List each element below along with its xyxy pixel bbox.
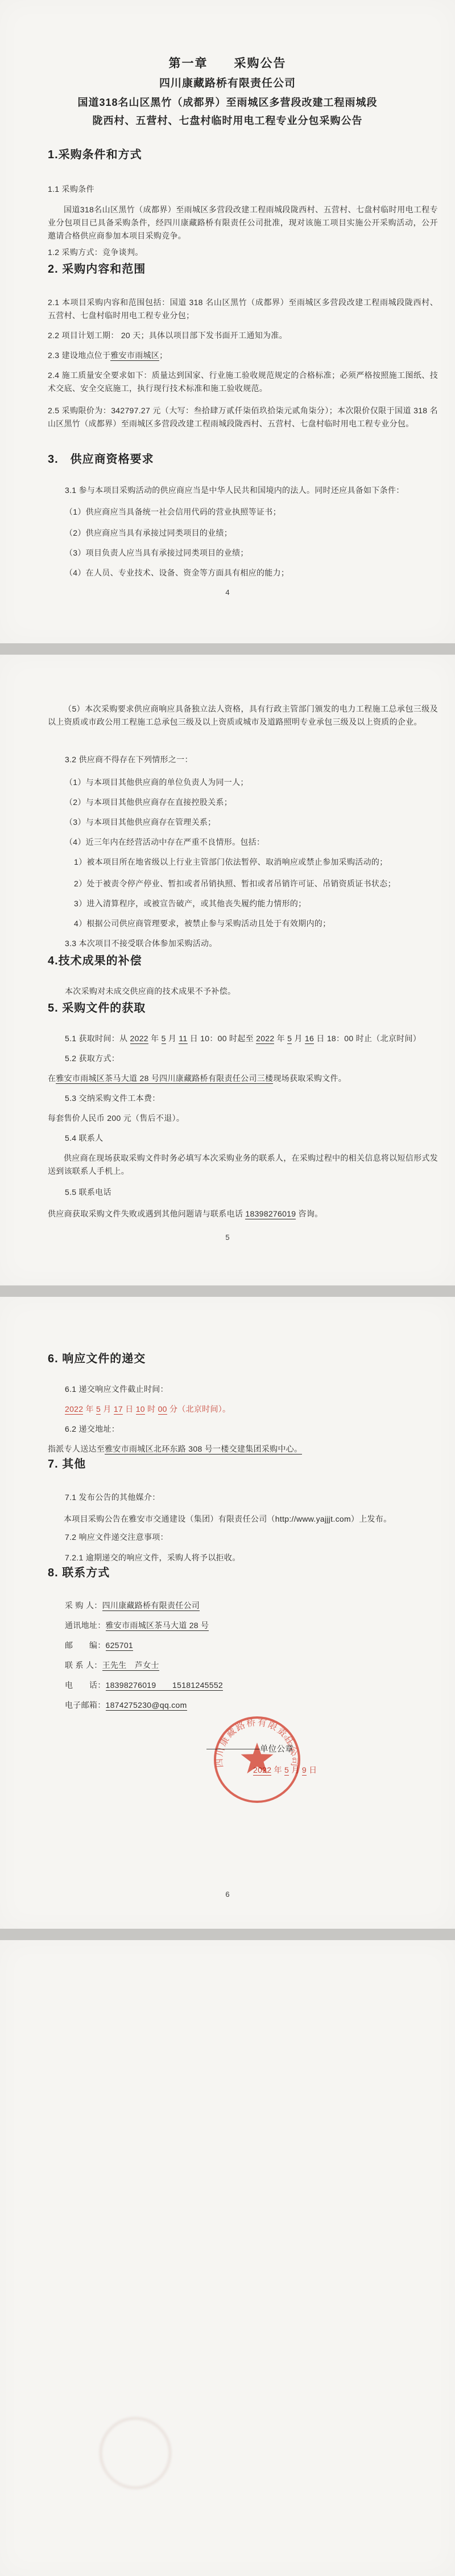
person-value: 王先生 芦女士: [102, 1661, 159, 1671]
company-seal: 四川康藏路桥有限责任公司 511025034105: [212, 1714, 303, 1805]
para-3-2: 3.2 供应商不得存在下列情形之一：: [48, 753, 438, 766]
contact-row-phone: 电 话：18398276019 15181245552: [48, 1679, 438, 1692]
para-5-2-label: 5.2 获取方式：: [48, 1052, 438, 1065]
project-title-line1: 国道318名山区黑竹（成都界）至雨城区多营段改建工程雨城段: [0, 94, 455, 111]
address-value: 雅安市雨城区茶马大道 28 号: [106, 1621, 209, 1631]
underlined-month: 5: [162, 1034, 166, 1044]
bleedthrough-ghost-seal: [100, 2417, 171, 2489]
para-3-1-item1: （1）供应商应当具备统一社会信用代码的营业执照等证书；: [48, 506, 438, 519]
contact-row-buyer: 采 购 人：四川康藏路桥有限责任公司: [48, 1599, 438, 1612]
para-2-5: 2.5 采购限价为：342797.27 元（大写：叁拾肆万贰仟柒佰玖拾柒元贰角柒…: [48, 404, 438, 430]
contact-row-zip: 邮 编：625701: [48, 1639, 438, 1652]
section-heading-7: 7. 其他: [48, 1456, 438, 1473]
section-heading-1: 1.采购条件和方式: [48, 146, 438, 163]
para-3-1-item5: （5）本次采购要求供应商响应具备独立法人资格，具有行政主管部门颁发的电力工程施工…: [48, 702, 438, 729]
underlined-pickup-address: 雅安市雨城区茶马大道 28 号四川康藏路桥有限责任公司三楼: [56, 1074, 273, 1084]
para-2-2: 2.2 项目计划工期： 20 天；具体以项目部下发书面开工通知为准。: [48, 329, 438, 342]
para-5-3-body: 每套售价人民币 200 元（售后不退）。: [48, 1112, 438, 1125]
para-7-2-label: 7.2 响应文件递交注意事项：: [48, 1531, 438, 1544]
company-seal-graphic: 四川康藏路桥有限责任公司 511025034105: [212, 1714, 303, 1805]
para-3-2-sub1: 1）被本项目所在地省级以上行业主管部门依法暂停、取消响应或禁止参加采购活动的；: [48, 856, 438, 869]
para-6-2-body: 指派专人送达至雅安市雨城区北环东路 308 号一楼交建集团采购中心。: [48, 1443, 438, 1456]
underlined-year: 2022: [256, 1034, 274, 1044]
para-3-2-sub3: 3）进入清算程序，或被宣告破产，或其他丧失履约能力情形的；: [48, 897, 438, 910]
section-heading-3: 3. 供应商资格要求: [48, 451, 438, 468]
para-2-4: 2.4 施工质量安全要求如下：质量达到国家、行业施工验收规范规定的合格标准；必须…: [48, 369, 438, 395]
project-title-line2: 陇西村、五营村、七盘村临时用电工程专业分包采购公告: [0, 112, 455, 129]
section-heading-6: 6. 响应文件的递交: [48, 1350, 438, 1367]
contact-row-address: 通讯地址：雅安市雨城区茶马大道 28 号: [48, 1619, 438, 1632]
para-5-4-body: 供应商在现场获取采购文件时务必填写本次采购业务的联系人，在采购过程中的相关信息将…: [48, 1152, 438, 1178]
para-7-1-label: 7.1 发布公告的其他媒介：: [48, 1491, 438, 1504]
para-3-2-item4: （4）近三年内在经营活动中存在严重不良情形。包括：: [48, 836, 438, 849]
scanned-document: 第一章 采购公告 四川康藏路桥有限责任公司 国道318名山区黑竹（成都界）至雨城…: [0, 0, 455, 2576]
para-3-2-item1: （1）与本项目其他供应商的单位负责人为同一人；: [48, 776, 438, 789]
para-3-2-item2: （2）与本项目其他供应商存在直接控股关系；: [48, 796, 438, 809]
para-6-2-label: 6.2 递交地址：: [48, 1423, 438, 1436]
deadline-date-red: 2022 年 5 月 17 日 10 时 00 分（北京时间）。: [48, 1403, 438, 1416]
para-3-3: 3.3 本次项目不接受联合体参加采购活动。: [48, 937, 438, 950]
para-5-3-label: 5.3 交纳采购文件工本费：: [48, 1092, 438, 1105]
underlined-delivery-address: 雅安市雨城区北环东路 308 号一楼交建集团采购中心。: [105, 1444, 302, 1455]
underlined-location: 雅安市雨城区: [110, 351, 159, 361]
document-page-4: [0, 1940, 455, 2576]
para-5-2-body: 在雅安市雨城区茶马大道 28 号四川康藏路桥有限责任公司三楼现场获取采购文件。: [48, 1072, 438, 1085]
para-4-body: 本次采购对未成交供应商的技术成果不予补偿。: [48, 985, 438, 998]
para-3-1-item2: （2）供应商应当具有承接过同类项目的业绩；: [48, 527, 438, 540]
underlined-day: 11: [179, 1034, 187, 1044]
email-value: 1874275230@qq.com: [106, 1700, 187, 1711]
document-page-1: 第一章 采购公告 四川康藏路桥有限责任公司 国道318名山区黑竹（成都界）至雨城…: [0, 0, 455, 643]
para-3-1-item4: （4）在人员、专业技术、设备、资金等方面具有相应的能力；: [48, 566, 438, 580]
para-5-5-label: 5.5 联系电话: [48, 1186, 438, 1199]
section-heading-8: 8. 联系方式: [48, 1564, 438, 1581]
phone-value: 18398276019 15181245552: [106, 1681, 224, 1691]
para-6-1-label: 6.1 递交响应文件截止时间：: [48, 1383, 438, 1396]
para-5-1: 5.1 获取时间：从 2022 年 5 月 11 日 10：00 时起至 202…: [48, 1032, 438, 1045]
contact-row-email: 电子邮箱：1874275230@qq.com: [48, 1699, 438, 1712]
para-2-3: 2.3 建设地点位于雅安市雨城区；: [48, 349, 438, 362]
zip-value: 625701: [106, 1641, 134, 1651]
underlined-day: 16: [305, 1034, 314, 1044]
para-1-2: 1.2 采购方式：竞争谈判。: [48, 246, 438, 259]
para-7-2-1: 7.2.1 逾期递交的响应文件，采购人将予以拒收。: [48, 1551, 438, 1564]
para-3-2-sub4: 4）根据公司供应商管理要求，被禁止参与采购活动且处于有效期内的；: [48, 917, 438, 930]
underlined-phone: 18398276019: [245, 1209, 296, 1219]
para-2-1: 2.1 本项目采购内容和范围包括：国道 318 名山区黑竹（成都界）至雨城区多营…: [48, 296, 438, 322]
para-1-1-body: 国道318名山区黑竹（成都界）至雨城区多营段改建工程雨城段陇西村、五营村、七盘村…: [48, 203, 438, 243]
section-heading-2: 2. 采购内容和范围: [48, 261, 438, 278]
section-heading-5: 5. 采购文件的获取: [48, 1000, 438, 1017]
para-1-1-label: 1.1 采购条件: [48, 183, 438, 196]
para-3-2-sub2: 2）处于被责令停产停业、暂扣或者吊销执照、暂扣或者吊销许可证、吊销资质证书状态；: [48, 877, 438, 890]
para-5-4-label: 5.4 联系人: [48, 1132, 438, 1145]
page-number: 4: [0, 588, 455, 597]
section-heading-4: 4.技术成果的补偿: [48, 952, 438, 969]
company-name: 四川康藏路桥有限责任公司: [0, 77, 455, 90]
chapter-title: 第一章 采购公告: [0, 57, 455, 70]
underlined-year: 2022: [130, 1034, 148, 1044]
seal-star-icon: [241, 1743, 274, 1773]
para-3-2-item3: （3）与本项目其他供应商存在管理关系；: [48, 816, 438, 829]
document-page-3: 6. 响应文件的递交 6.1 递交响应文件截止时间： 2022 年 5 月 17…: [0, 1297, 455, 1929]
para-3-1-item3: （3）项目负责人应当具有承接过同类项目的业绩；: [48, 547, 438, 560]
para-7-1-body: 本项目采购公告在雅安市交通建设（集团）有限责任公司（http://www.yaj…: [48, 1513, 438, 1526]
page-number: 6: [0, 1890, 455, 1899]
buyer-value: 四川康藏路桥有限责任公司: [102, 1601, 200, 1611]
para-3-1: 3.1 参与本项目采购活动的供应商应当是中华人民共和国境内的法人。同时还应具备如…: [48, 484, 438, 497]
contact-row-person: 联 系 人：王先生 芦女士: [48, 1659, 438, 1672]
para-5-5-body: 供应商获取采购文件失败或遇到其他问题请与联系电话 18398276019 咨询。: [48, 1207, 438, 1221]
document-page-2: （5）本次采购要求供应商响应具备独立法人资格，具有行政主管部门颁发的电力工程施工…: [0, 655, 455, 1285]
page-number: 5: [0, 1233, 455, 1242]
